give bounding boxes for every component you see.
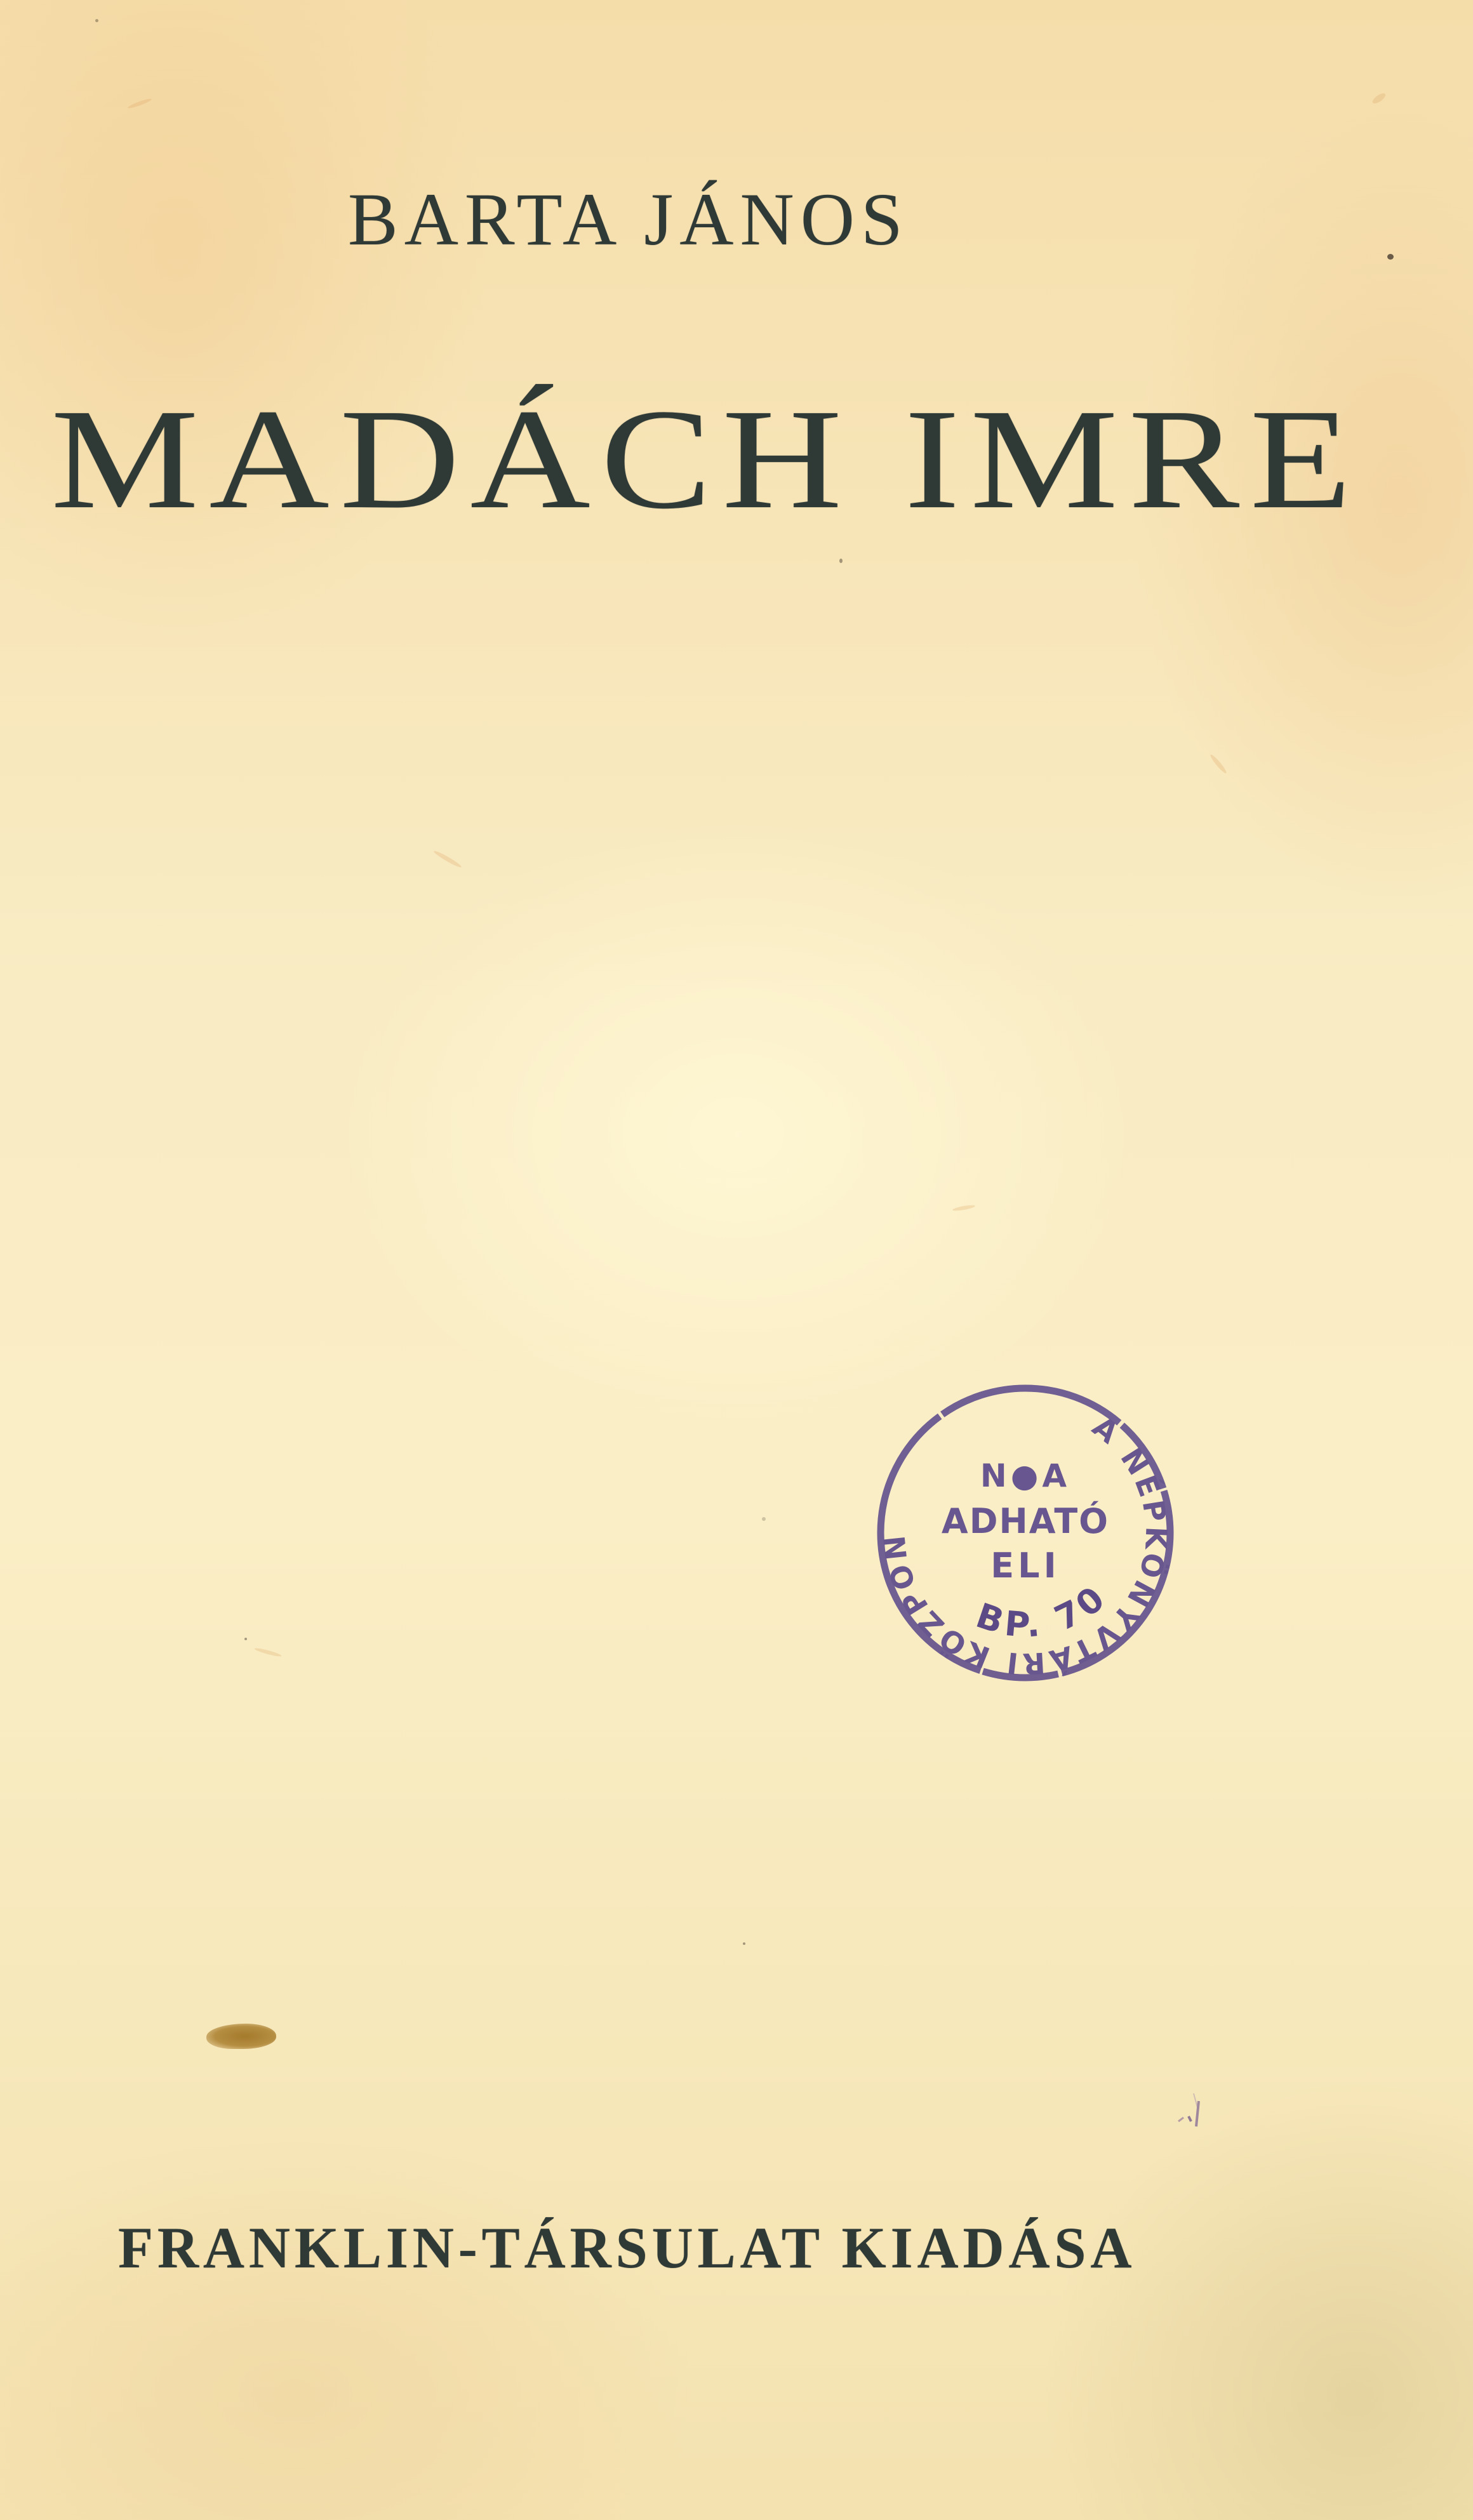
paper-fiber — [433, 849, 463, 869]
stamp-center-line-1: N●A — [870, 1460, 1181, 1492]
paper-fiber — [952, 1204, 975, 1212]
author-name: BARTA JÁNOS — [348, 176, 909, 263]
paper-speck — [743, 1942, 745, 1945]
paper-speck — [244, 1638, 247, 1640]
paper-fiber — [1371, 91, 1387, 105]
paper-speck — [839, 559, 843, 563]
stamp-center-line-2: ADHATÓ — [870, 1504, 1181, 1539]
paper-speck — [1387, 254, 1394, 260]
library-stamp: A NÉPKÖNYVTÁRI KÖZPONTTÓL BP. 70 N●A ADH… — [870, 1377, 1181, 1688]
paper-speck — [95, 19, 98, 22]
title-page: BARTA JÁNOS MADÁCH IMRE A NÉPKÖNYVTÁRI K… — [0, 0, 1473, 2520]
paper-fiber — [254, 1647, 282, 1657]
paper-fiber — [127, 97, 152, 109]
publisher-imprint: FRANKLIN-TÁRSULAT KIADÁSA — [118, 2214, 1136, 2281]
pencil-mark-icon — [1175, 2088, 1213, 2133]
stamp-center-line-3: ELI — [870, 1549, 1181, 1583]
book-title: MADÁCH IMRE — [51, 387, 1362, 531]
paper-speck — [762, 1517, 766, 1521]
paper-stain — [206, 2024, 276, 2049]
paper-fiber — [1209, 753, 1228, 775]
